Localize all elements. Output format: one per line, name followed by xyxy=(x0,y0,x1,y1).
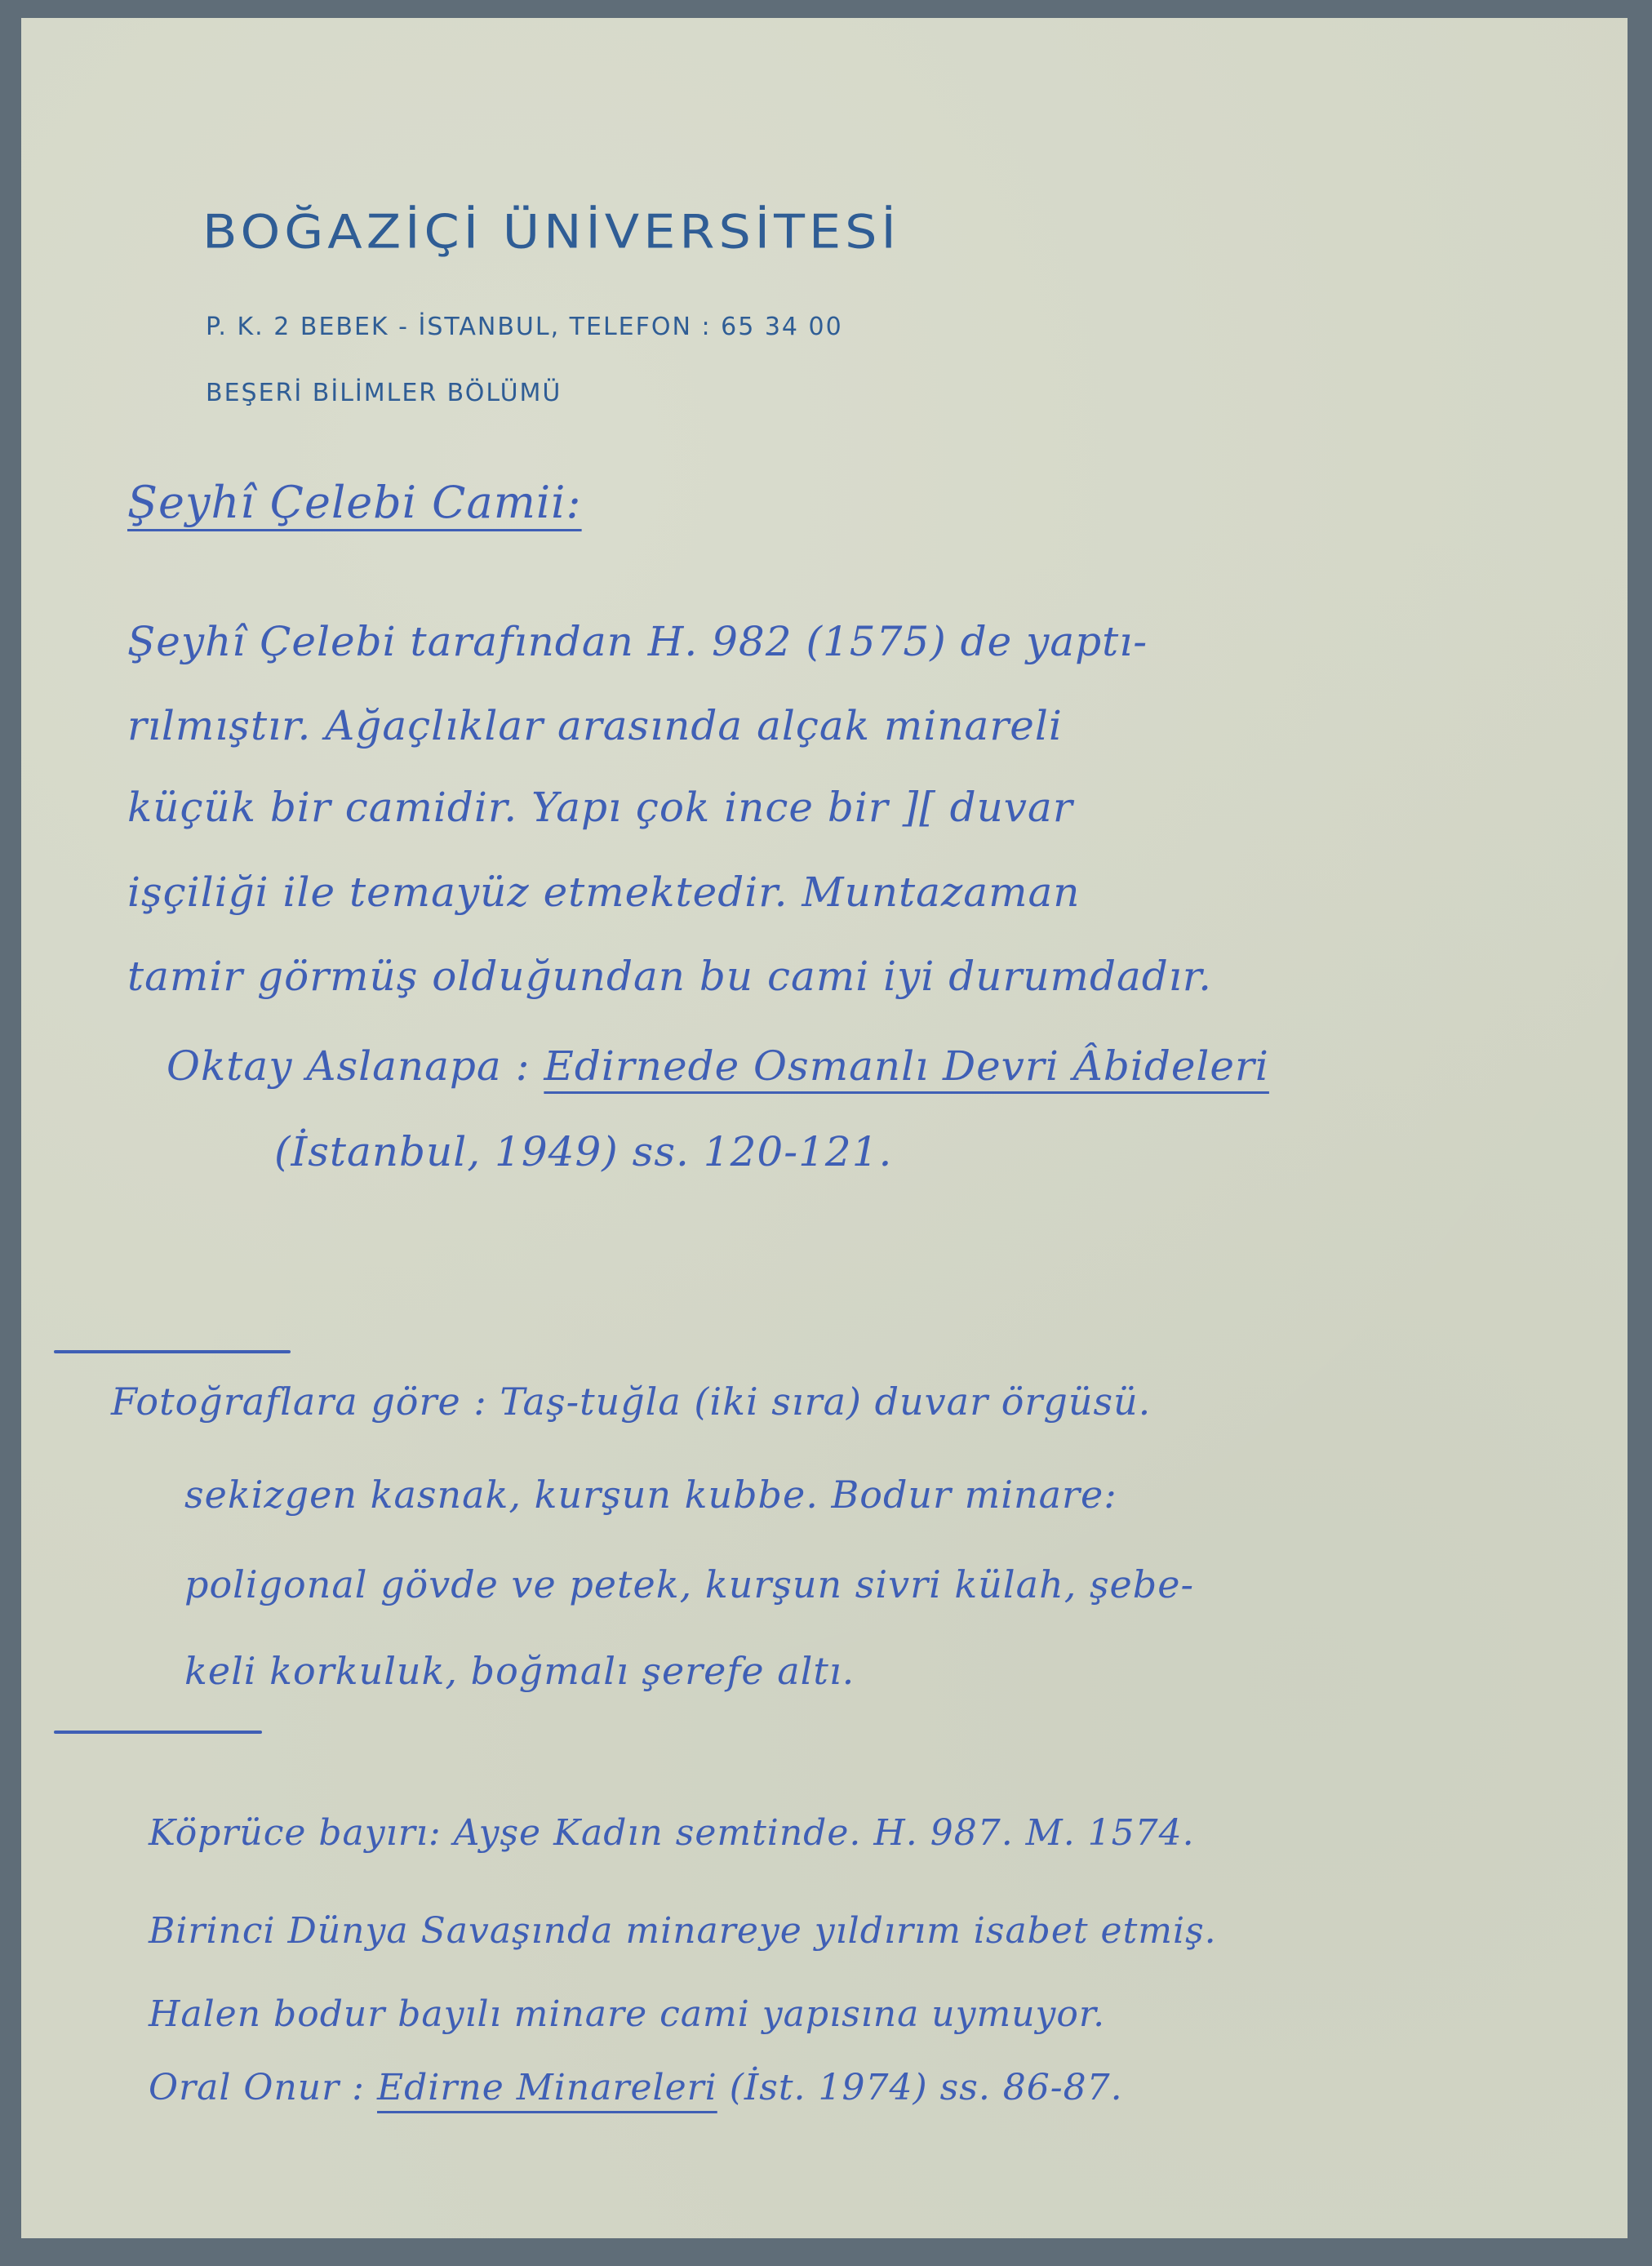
separator-line-2 xyxy=(54,1731,262,1734)
reference2-title: Edirne Minareleri xyxy=(377,2067,717,2108)
reference2-details: (İst. 1974) ss. 86-87. xyxy=(730,2067,1123,2108)
paragraph2-line4: keli korkuluk, boğmalı şerefe altı. xyxy=(184,1649,855,1693)
reference1-line1: Oktay Aslanapa : Edirnede Osmanlı Devri … xyxy=(167,1042,1269,1090)
reference2-line: Oral Onur : Edirne Minareleri (İst. 1974… xyxy=(149,2067,1123,2108)
paragraph1-line4: işçiliği ile temayüz etmektedir. Muntaza… xyxy=(127,869,1081,916)
paragraph1-line3: küçük bir camidir. Yapı çok ince bir ][ … xyxy=(127,784,1073,831)
paragraph3-line3: Halen bodur bayılı minare cami yapısına … xyxy=(149,1993,1105,2035)
university-address: P. K. 2 BEBEK - İSTANBUL, TELEFON : 65 3… xyxy=(206,313,843,341)
paragraph1-line2: rılmıştır. Ağaçlıklar arasında alçak min… xyxy=(127,702,1063,749)
paragraph2-line1: Fotoğraflara göre : Taş-tuğla (iki sıra)… xyxy=(111,1380,1151,1424)
paragraph1-line5: tamir görmüş olduğundan bu cami iyi duru… xyxy=(127,953,1212,1000)
paragraph2-line2: sekizgen kasnak, kurşun kubbe. Bodur min… xyxy=(184,1473,1117,1517)
separator-line-1 xyxy=(54,1350,291,1353)
paragraph1-line1: Şeyhî Çelebi tarafından H. 982 (1575) de… xyxy=(127,618,1148,665)
reference1-title: Edirnede Osmanlı Devri Âbideleri xyxy=(544,1042,1269,1090)
paragraph2-line3: poligonal gövde ve petek, kurşun sivri k… xyxy=(184,1562,1194,1606)
letterhead: BOĞAZİÇİ ÜNİVERSİTESİ P. K. 2 BEBEK - İS… xyxy=(202,204,900,264)
note-heading: Şeyhî Çelebi Camii: xyxy=(127,477,582,528)
reference1-author: Oktay Aslanapa : xyxy=(167,1042,530,1090)
reference2-author: Oral Onur : xyxy=(149,2067,365,2108)
university-name: BOĞAZİÇİ ÜNİVERSİTESİ xyxy=(202,204,900,259)
paper-sheet: BOĞAZİÇİ ÜNİVERSİTESİ P. K. 2 BEBEK - İS… xyxy=(21,18,1628,2238)
paragraph3-line1: Köprüce bayırı: Ayşe Kadın semtinde. H. … xyxy=(149,1812,1195,1854)
reference1-details: (İstanbul, 1949) ss. 120-121. xyxy=(274,1128,892,1175)
paragraph3-line2: Birinci Dünya Savaşında minareye yıldırı… xyxy=(149,1910,1217,1952)
department-name: BEŞERİ BİLİMLER BÖLÜMÜ xyxy=(206,379,562,407)
